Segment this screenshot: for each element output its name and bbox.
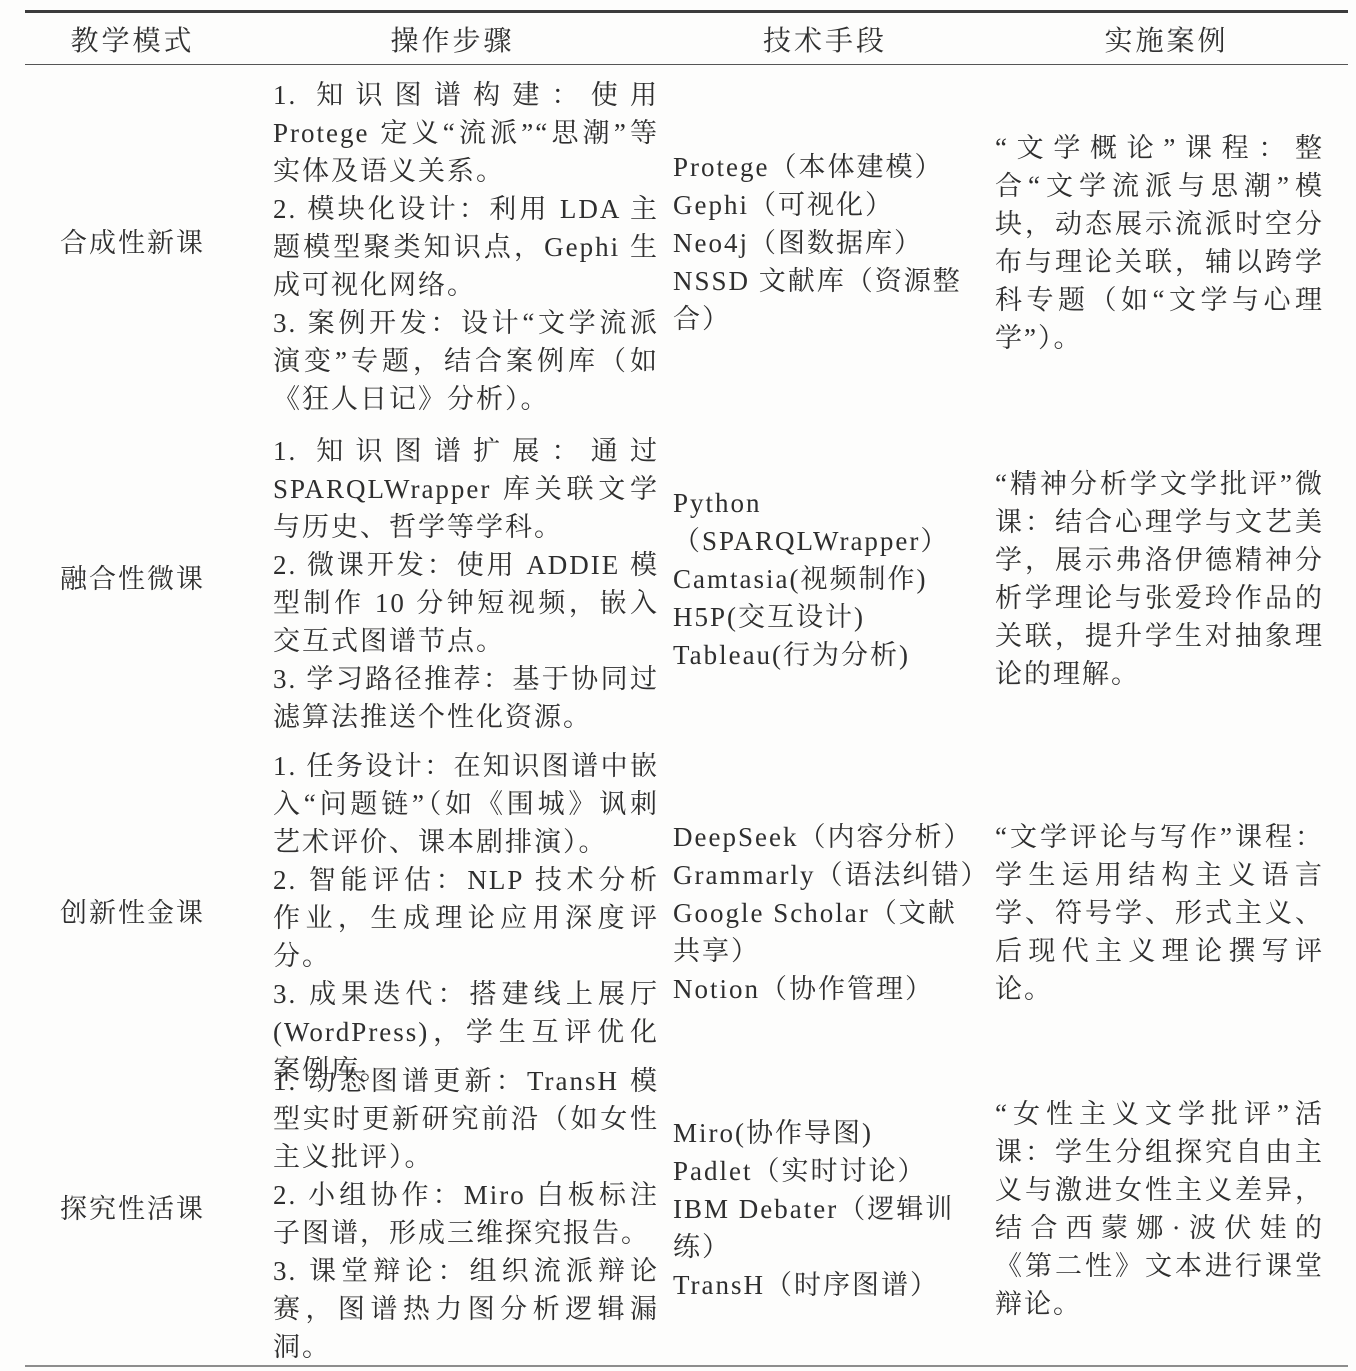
tech-item: Padlet（实时讨论） bbox=[673, 1152, 983, 1190]
tech-cell: DeepSeek（内容分析） Grammarly（语法纠错） Google Sc… bbox=[665, 736, 985, 1089]
header-operation-steps: 操作步骤 bbox=[240, 19, 665, 59]
steps-cell: 1. 知识图谱扩展：通过 SPARQLWrapper 库关联文学与历史、哲学等学… bbox=[240, 421, 665, 736]
tech-item: Protege（本体建模） bbox=[673, 148, 983, 186]
steps-cell: 1. 知识图谱构建：使用 Protege 定义“流派”“思潮”等实体及语义关系。… bbox=[240, 65, 665, 421]
tech-item: Gephi（可视化） bbox=[673, 186, 983, 224]
tech-item: Camtasia(视频制作) bbox=[673, 560, 983, 598]
case-cell: “文学概论”课程：整合“文学流派与思潮”模块，动态展示流派时空分布与理论关联，辅… bbox=[985, 65, 1348, 421]
step-item: 3. 案例开发：设计“文学流派演变”专题，结合案例库（如《狂人日记》分析）。 bbox=[273, 304, 659, 418]
tech-item: Neo4j（图数据库） bbox=[673, 224, 983, 262]
tech-item: Notion（协作管理） bbox=[673, 970, 983, 1008]
tech-item: Tableau(行为分析) bbox=[673, 636, 983, 674]
case-cell: “文学评论与写作”课程：学生运用结构主义语言学、符号学、形式主义、后现代主义理论… bbox=[985, 736, 1348, 1089]
step-item: 1. 知识图谱构建：使用 Protege 定义“流派”“思潮”等实体及语义关系。 bbox=[273, 76, 659, 190]
steps-cell: 1. 动态图谱更新：TransH 模型实时更新研究前沿（如女性主义批评）。 2.… bbox=[240, 1051, 665, 1366]
tech-item: Miro(协作导图) bbox=[673, 1114, 983, 1152]
tech-item: Python（SPARQLWrapper） bbox=[673, 484, 983, 560]
step-item: 2. 智能评估：NLP 技术分析作业，生成理论应用深度评分。 bbox=[273, 861, 659, 975]
tech-item: NSSD 文献库（资源整合） bbox=[673, 262, 983, 338]
step-item: 2. 小组协作：Miro 白板标注子图谱，形成三维探究报告。 bbox=[273, 1176, 659, 1252]
step-item: 2. 模块化设计：利用 LDA 主题模型聚类知识点，Gephi 生成可视化网络。 bbox=[273, 190, 659, 304]
table-row: 合成性新课 1. 知识图谱构建：使用 Protege 定义“流派”“思潮”等实体… bbox=[25, 65, 1348, 421]
mode-label: 探究性活课 bbox=[25, 1051, 240, 1366]
step-item: 3. 课堂辩论：组织流派辩论赛，图谱热力图分析逻辑漏洞。 bbox=[273, 1252, 659, 1366]
case-text: “女性主义文学批评”活课：学生分组探究自由主义与激进女性主义差异，结合西蒙娜·波… bbox=[995, 1095, 1324, 1323]
case-text: “精神分析学文学批评”微课：结合心理学与文艺美学，展示弗洛伊德精神分析学理论与张… bbox=[995, 465, 1324, 693]
table-row: 探究性活课 1. 动态图谱更新：TransH 模型实时更新研究前沿（如女性主义批… bbox=[25, 1051, 1348, 1365]
tech-item: TransH（时序图谱） bbox=[673, 1266, 983, 1304]
tech-item: IBM Debater（逻辑训练） bbox=[673, 1190, 983, 1266]
tech-cell: Python（SPARQLWrapper） Camtasia(视频制作) H5P… bbox=[665, 421, 985, 736]
table-row: 融合性微课 1. 知识图谱扩展：通过 SPARQLWrapper 库关联文学与历… bbox=[25, 421, 1348, 736]
header-implementation-case: 实施案例 bbox=[985, 19, 1348, 59]
case-cell: “女性主义文学批评”活课：学生分组探究自由主义与激进女性主义差异，结合西蒙娜·波… bbox=[985, 1051, 1348, 1366]
table-header-row: 教学模式 操作步骤 技术手段 实施案例 bbox=[25, 13, 1348, 64]
paper-table: 教学模式 操作步骤 技术手段 实施案例 合成性新课 1. 知识图谱构建：使用 P… bbox=[0, 0, 1356, 1371]
tech-item: H5P(交互设计) bbox=[673, 598, 983, 636]
case-cell: “精神分析学文学批评”微课：结合心理学与文艺美学，展示弗洛伊德精神分析学理论与张… bbox=[985, 421, 1348, 736]
mode-label: 创新性金课 bbox=[25, 736, 240, 1089]
mode-label: 融合性微课 bbox=[25, 421, 240, 736]
step-item: 1. 动态图谱更新：TransH 模型实时更新研究前沿（如女性主义批评）。 bbox=[273, 1062, 659, 1176]
case-text: “文学评论与写作”课程：学生运用结构主义语言学、符号学、形式主义、后现代主义理论… bbox=[995, 818, 1324, 1008]
header-teaching-mode: 教学模式 bbox=[25, 19, 240, 59]
step-item: 3. 学习路径推荐：基于协同过滤算法推送个性化资源。 bbox=[273, 660, 659, 736]
tech-item: Google Scholar（文献共享） bbox=[673, 894, 983, 970]
case-text: “文学概论”课程：整合“文学流派与思潮”模块，动态展示流派时空分布与理论关联，辅… bbox=[995, 129, 1324, 357]
step-item: 1. 知识图谱扩展：通过 SPARQLWrapper 库关联文学与历史、哲学等学… bbox=[273, 432, 659, 546]
step-item: 2. 微课开发：使用 ADDIE 模型制作 10 分钟短视频，嵌入交互式图谱节点… bbox=[273, 546, 659, 660]
tech-cell: Miro(协作导图) Padlet（实时讨论） IBM Debater（逻辑训练… bbox=[665, 1051, 985, 1366]
step-item: 1. 任务设计：在知识图谱中嵌入“问题链”（如《围城》讽刺艺术评价、课本剧排演）… bbox=[273, 747, 659, 861]
tech-item: Grammarly（语法纠错） bbox=[673, 856, 983, 894]
tech-item: DeepSeek（内容分析） bbox=[673, 818, 983, 856]
mode-label: 合成性新课 bbox=[25, 65, 240, 421]
tech-cell: Protege（本体建模） Gephi（可视化） Neo4j（图数据库） NSS… bbox=[665, 65, 985, 421]
table-row: 创新性金课 1. 任务设计：在知识图谱中嵌入“问题链”（如《围城》讽刺艺术评价、… bbox=[25, 736, 1348, 1051]
steps-cell: 1. 任务设计：在知识图谱中嵌入“问题链”（如《围城》讽刺艺术评价、课本剧排演）… bbox=[240, 736, 665, 1089]
header-technical-means: 技术手段 bbox=[665, 19, 985, 59]
